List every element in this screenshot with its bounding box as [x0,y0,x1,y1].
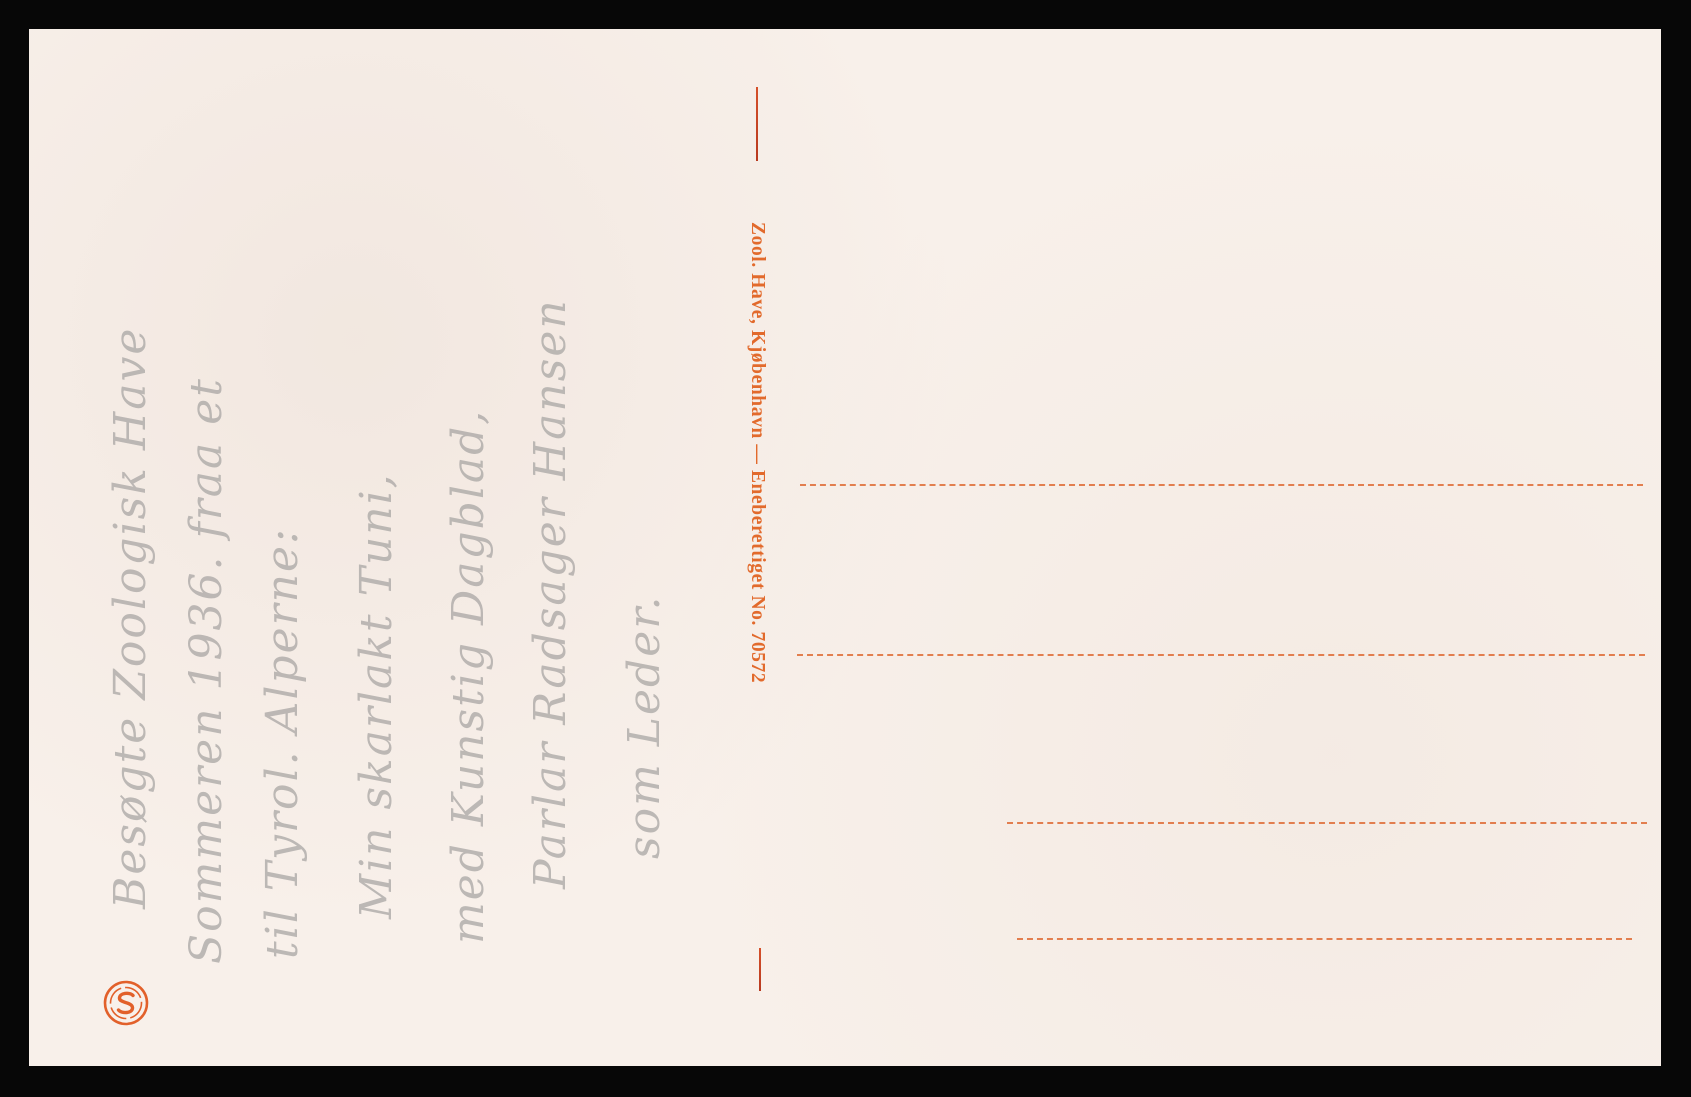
address-line-3 [1007,822,1647,824]
handwritten-line-4: Min skarlakt Tuni, [351,472,402,919]
publisher-imprint: Zool. Have, Kjøbenhavn — Eneberettiget N… [746,222,768,683]
address-line-2 [797,654,1645,656]
publisher-logo-icon [102,979,150,1027]
address-line-1 [800,484,1643,486]
divider-top-rule [756,87,758,161]
postcard-back: Besøgte Zoologisk Have Sommeren 1936. fr… [29,29,1661,1066]
handwritten-line-5: med Kunstig Dagblad, [443,409,494,944]
divider-bottom-rule [759,948,761,991]
handwritten-line-7: som Leder. [619,595,670,859]
handwritten-line-6: Parlar Radsager Hansen [525,298,576,889]
address-line-4 [1017,938,1632,940]
handwritten-line-2: Sommeren 1936. fraa et [181,377,232,964]
handwritten-line-3: til Tyrol. Alperne: [257,527,308,959]
handwritten-line-1: Besøgte Zoologisk Have [105,327,156,909]
